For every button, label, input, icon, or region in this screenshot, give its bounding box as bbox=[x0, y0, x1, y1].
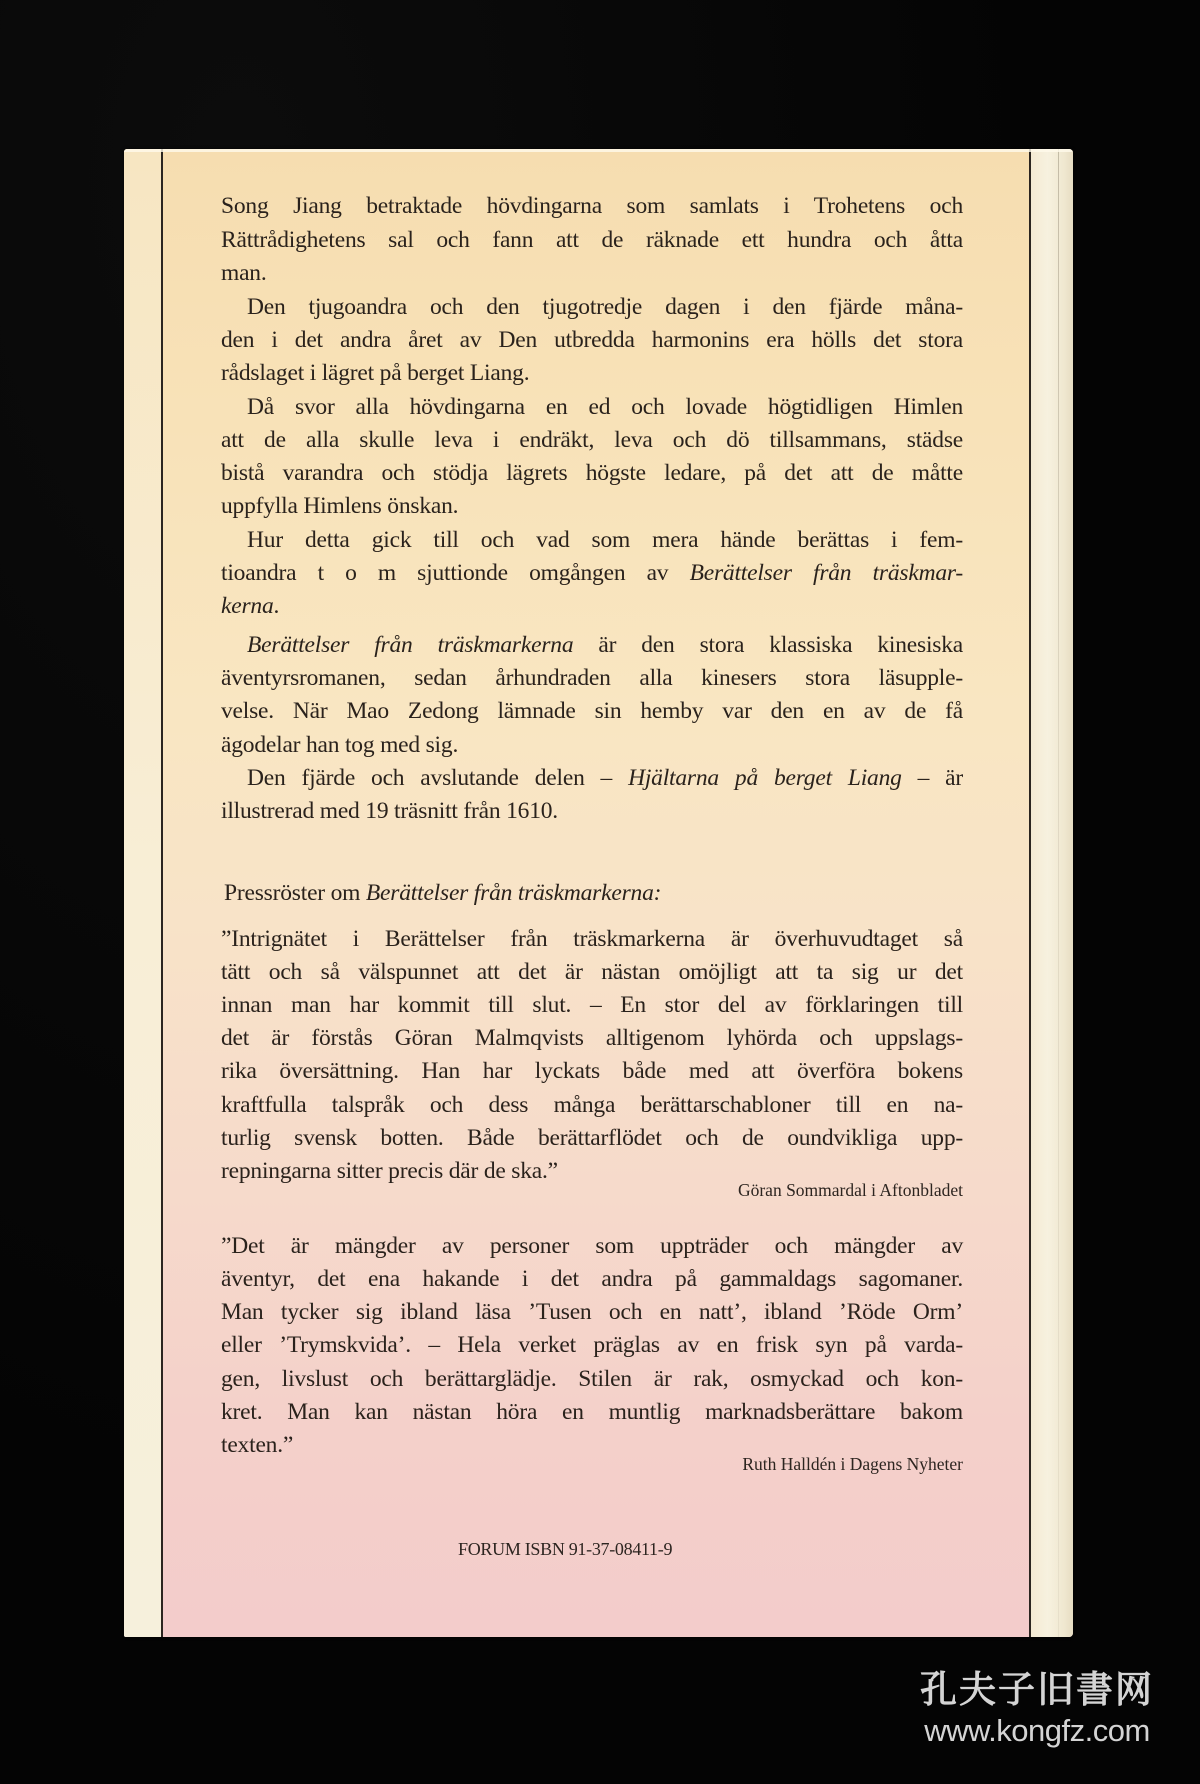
publisher-isbn: FORUM ISBN 91-37-08411-9 bbox=[458, 1538, 672, 1560]
left-border-rule bbox=[161, 149, 163, 1637]
quote-line: rika översättning. Han har lyckats både … bbox=[221, 1055, 963, 1088]
text-line: Då svor alla hövdingarna en ed och lovad… bbox=[221, 391, 963, 424]
quote-line: kret. Man kan nästan höra en muntlig mar… bbox=[221, 1396, 963, 1429]
book-title-italic: Berättelser från träskmar- bbox=[690, 560, 963, 586]
quote-line: ”Det är mängder av personer som uppträde… bbox=[221, 1230, 963, 1263]
quote-line: eller ’Trymskvida’. – Hela verket prägla… bbox=[221, 1329, 963, 1362]
text-span: – är bbox=[902, 765, 963, 791]
text-line: äventyrsromanen, sedan århundraden alla … bbox=[221, 662, 963, 695]
quote-line: gen, livslust och berättarglädje. Stilen… bbox=[221, 1363, 963, 1396]
quote-line: innan man har kommit till slut. – En sto… bbox=[221, 989, 963, 1022]
quote-line: Man tycker sig ibland läsa ’Tusen och en… bbox=[221, 1296, 963, 1329]
text-line: ägodelar han tog med sig. bbox=[221, 729, 963, 762]
quote-line: äventyr, det ena hakande i det andra på … bbox=[221, 1263, 963, 1296]
press-heading: Pressröster om Berättelser från träskmar… bbox=[224, 877, 966, 910]
text-span: . bbox=[274, 593, 280, 619]
book-title-italic: Berättelser från träskmarkerna: bbox=[366, 880, 661, 906]
text-line: uppfylla Himlens önskan. bbox=[221, 490, 963, 523]
text-line: Rättrådighetens sal och fann att de räkn… bbox=[221, 224, 963, 257]
text-line: att de alla skulle leva i endräkt, leva … bbox=[221, 424, 963, 457]
text-span: Den fjärde och avslutande delen – bbox=[247, 765, 628, 791]
part-title-italic: Hjältarna på berget Liang bbox=[628, 765, 902, 791]
quote-line: kraftfulla talspråk och dess många berät… bbox=[221, 1089, 963, 1122]
text-line: man. bbox=[221, 257, 963, 290]
spine-crease bbox=[1058, 149, 1059, 1637]
text-line: tioandra t o m sjuttionde omgången av Be… bbox=[221, 557, 963, 590]
left-flap-strip bbox=[124, 149, 161, 1637]
text-line: Hur detta gick till och vad som mera hän… bbox=[221, 524, 963, 557]
quote-line: det är förstås Göran Malmqvists alltigen… bbox=[221, 1022, 963, 1055]
site-watermark: 孔夫子旧書网 www.kongfz.com bbox=[906, 1668, 1168, 1750]
watermark-url: www.kongfz.com bbox=[906, 1712, 1168, 1750]
text-line: bistå varandra och stödja lägrets högste… bbox=[221, 457, 963, 490]
quote-line: ”Intrignätet i Berättelser från träskmar… bbox=[221, 923, 963, 956]
quote-attribution: Ruth Halldén i Dagens Nyheter bbox=[742, 1453, 963, 1475]
text-line: Den tjugoandra och den tjugotredje dagen… bbox=[221, 291, 963, 324]
book-title-italic: Berättelser från träskmarkerna bbox=[247, 632, 573, 658]
right-border-rule bbox=[1029, 149, 1031, 1637]
text-line: Den fjärde och avslutande delen – Hjälta… bbox=[221, 762, 963, 795]
text-span: Pressröster om bbox=[224, 880, 366, 906]
text-line: rådslaget i lägret på berget Liang. bbox=[221, 357, 963, 390]
text-line: Song Jiang betraktade hövdingarna som sa… bbox=[221, 190, 963, 223]
quote-line: tätt och så välspunnet att det är nästan… bbox=[221, 956, 963, 989]
text-line: kerna. bbox=[221, 590, 963, 623]
text-line: illustrerad med 19 träsnitt från 1610. bbox=[221, 795, 963, 828]
book-title-italic: kerna bbox=[221, 593, 274, 619]
text-line: velse. När Mao Zedong lämnade sin hemby … bbox=[221, 695, 963, 728]
spine-strip bbox=[1031, 149, 1073, 1637]
text-span: är den stora klassiska kinesiska bbox=[573, 632, 963, 658]
quote-attribution: Göran Sommardal i Aftonbladet bbox=[738, 1179, 963, 1201]
text-line: Berättelser från träskmarkerna är den st… bbox=[221, 629, 963, 662]
quote-line: turlig svensk botten. Både berättarflöde… bbox=[221, 1122, 963, 1155]
cover-top-edge bbox=[124, 149, 1073, 152]
watermark-chinese-text: 孔夫子旧書网 bbox=[906, 1668, 1168, 1712]
text-span: tioandra t o m sjuttionde omgången av bbox=[221, 560, 690, 586]
text-line: den i det andra året av Den utbredda har… bbox=[221, 324, 963, 357]
